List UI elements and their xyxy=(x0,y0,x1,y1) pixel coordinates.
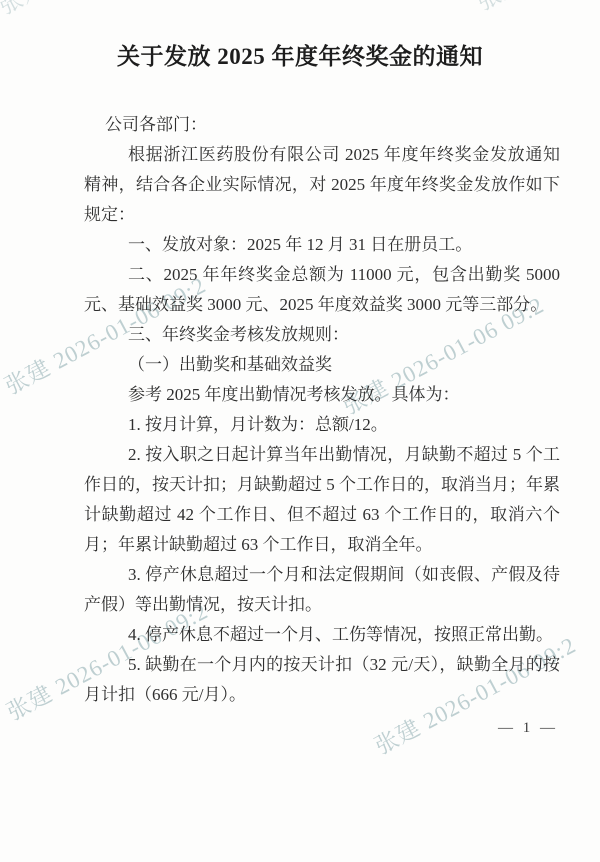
paragraph-rule-2: 2. 按入职之日起计算当年出勤情况，月缺勤不超过 5 个工作日的，按天计扣；月缺… xyxy=(84,440,560,560)
paragraph-item-2: 二、2025 年年终奖金总额为 11000 元，包含出勤奖 5000 元、基础效… xyxy=(84,260,560,320)
paragraph-sub-1: （一）出勤奖和基础效益奖 xyxy=(84,350,560,380)
watermark-text: 张建 2026-01-06 09:2 xyxy=(472,0,600,18)
paragraph-rule-1: 1. 按月计算，月计数为：总额/12。 xyxy=(84,410,560,440)
paragraph-rule-4: 4. 停产休息不超过一个月、工伤等情况，按照正常出勤。 xyxy=(84,620,560,650)
paragraph-sub-intro: 参考 2025 年度出勤情况考核发放。具体为： xyxy=(84,380,560,410)
paragraph-rule-5: 5. 缺勤在一个月内的按天计扣（32 元/天），缺勤全月的按月计扣（666 元/… xyxy=(84,650,560,710)
document-body: 公司各部门： 根据浙江医药股份有限公司 2025 年度年终奖金发放通知精神，结合… xyxy=(84,110,560,710)
paragraph-item-1: 一、发放对象：2025 年 12 月 31 日在册员工。 xyxy=(84,230,560,260)
paragraph-item-3: 三、年终奖金考核发放规则： xyxy=(84,320,560,350)
paragraph-intro: 根据浙江医药股份有限公司 2025 年度年终奖金发放通知精神，结合各企业实际情况… xyxy=(84,140,560,230)
document-title: 关于发放 2025 年度年终奖金的通知 xyxy=(0,38,600,71)
paragraph-rule-3: 3. 停产休息超过一个月和法定假期间（如丧假、产假及待产假）等出勤情况，按天计扣… xyxy=(84,560,560,620)
watermark-text: 张建 2026-01-06 09:2 xyxy=(0,0,206,22)
page-number: — 1 — xyxy=(498,720,558,737)
document-page: 张建 2026-01-06 09:2 张建 2026-01-06 09:2 张建… xyxy=(0,0,600,862)
salutation: 公司各部门： xyxy=(84,110,560,140)
